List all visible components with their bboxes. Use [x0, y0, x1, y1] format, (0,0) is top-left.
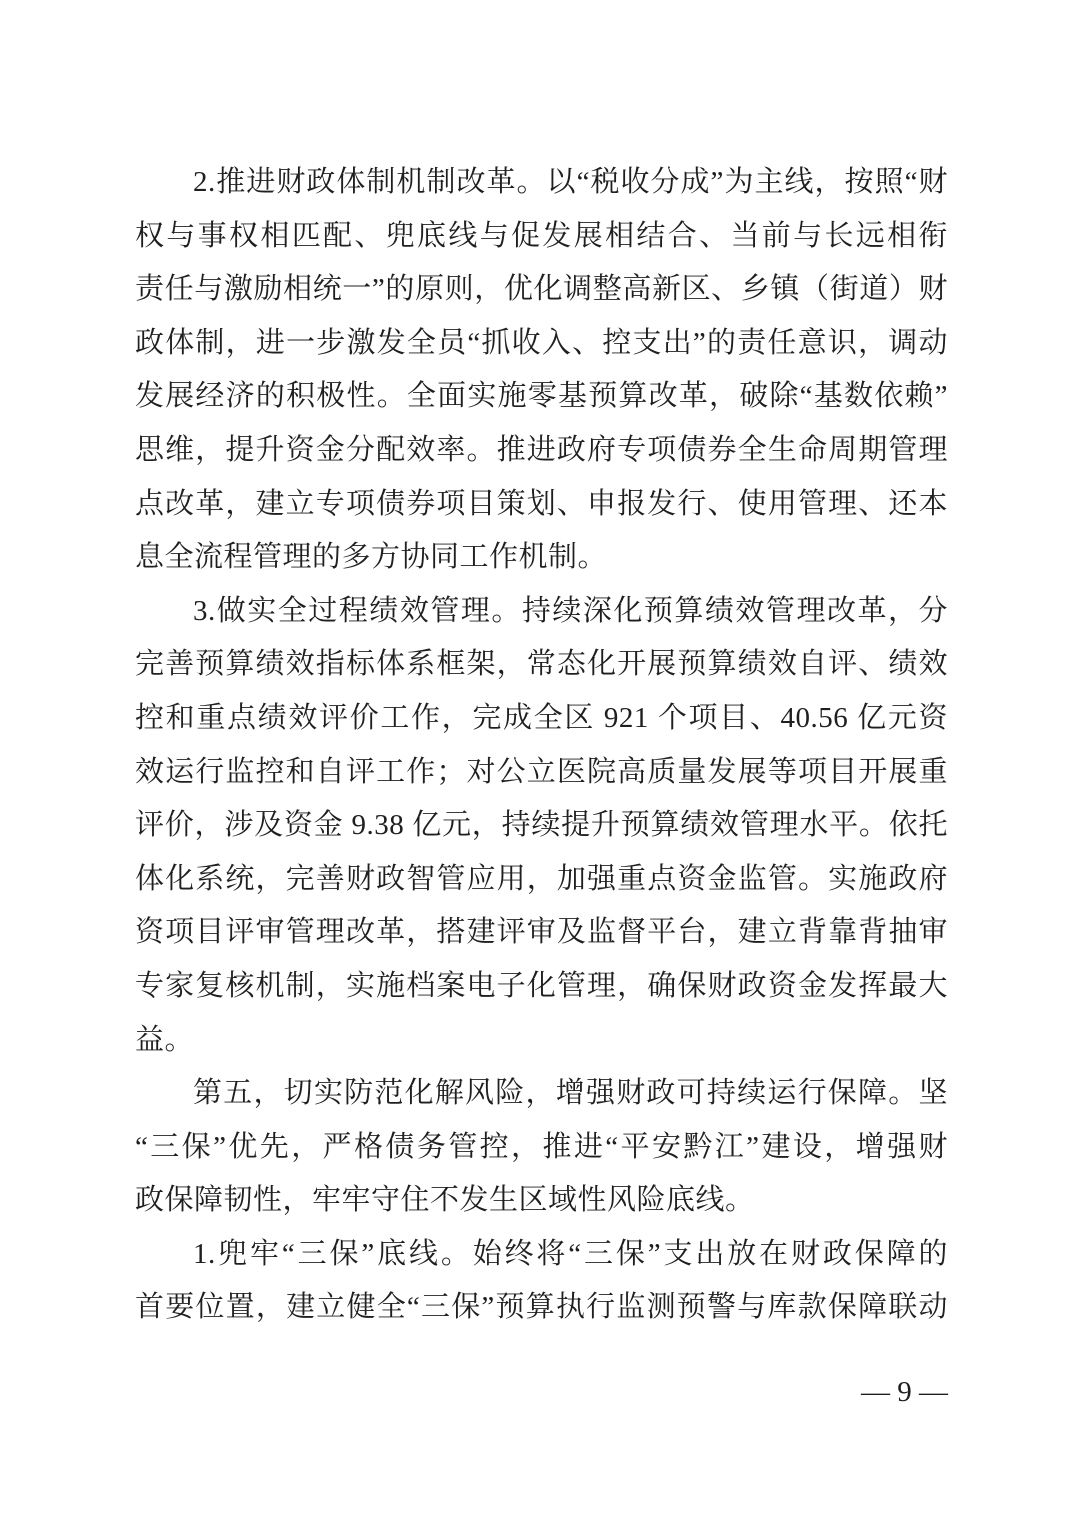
text-line: 专家复核机制，实施档案电子化管理，确保财政资金发挥最大效: [135, 960, 948, 1014]
page-number: — 9 —: [861, 1366, 948, 1420]
text-line: 控和重点绩效评价工作，完成全区 921 个项目、40.56 亿元资金绩: [135, 692, 948, 746]
text-line: 息全流程管理的多方协同工作机制。: [135, 531, 948, 585]
document-page: 2.推进财政体制机制改革。以“税收分成”为主线，按照“财权与事权相匹配、兜底线与…: [0, 0, 1074, 1520]
text-line: 点改革，建立专项债券项目策划、申报发行、使用管理、还本付: [135, 478, 948, 532]
text-line: 第五，切实防范化解风险，增强财政可持续运行保障。坚持: [135, 1067, 948, 1121]
text-line: 完善预算绩效指标体系框架，常态化开展预算绩效自评、绩效监: [135, 638, 948, 692]
text-line: 权与事权相匹配、兜底线与促发展相结合、当前与长远相衔接、: [135, 210, 948, 264]
text-line: 3.做实全过程绩效管理。持续深化预算绩效管理改革，分类: [135, 585, 948, 639]
text-line: 效运行监控和自评工作；对公立医院高质量发展等项目开展重点: [135, 746, 948, 800]
text-line: 体化系统，完善财政智管应用，加强重点资金监管。实施政府投: [135, 853, 948, 907]
text-line: 益。: [135, 1014, 948, 1068]
text-line: 政保障韧性，牢牢守住不发生区域性风险底线。: [135, 1174, 948, 1228]
text-line: 责任与激励相统一”的原则，优化调整高新区、乡镇（街道）财: [135, 263, 948, 317]
text-line: 思维，提升资金分配效率。推进政府专项债券全生命周期管理试: [135, 424, 948, 478]
text-line: 发展经济的积极性。全面实施零基预算改革，破除“基数依赖”: [135, 370, 948, 424]
text-line: 首要位置，建立健全“三保”预算执行监测预警与库款保障联动: [135, 1281, 948, 1335]
text-line: 评价，涉及资金 9.38 亿元，持续提升预算绩效管理水平。依托一: [135, 799, 948, 853]
text-line: 资项目评审管理改革，搭建评审及监督平台，建立背靠背抽审与: [135, 906, 948, 960]
text-line: “三保”优先，严格债务管控，推进“平安黔江”建设，增强财: [135, 1121, 948, 1175]
text-line: 1.兜牢“三保”底线。始终将“三保”支出放在财政保障的: [135, 1228, 948, 1282]
text-line: 政体制，进一步激发全员“抓收入、控支出”的责任意识，调动: [135, 317, 948, 371]
text-line: 2.推进财政体制机制改革。以“税收分成”为主线，按照“财: [135, 156, 948, 210]
body-text: 2.推进财政体制机制改革。以“税收分成”为主线，按照“财权与事权相匹配、兜底线与…: [135, 156, 948, 1335]
